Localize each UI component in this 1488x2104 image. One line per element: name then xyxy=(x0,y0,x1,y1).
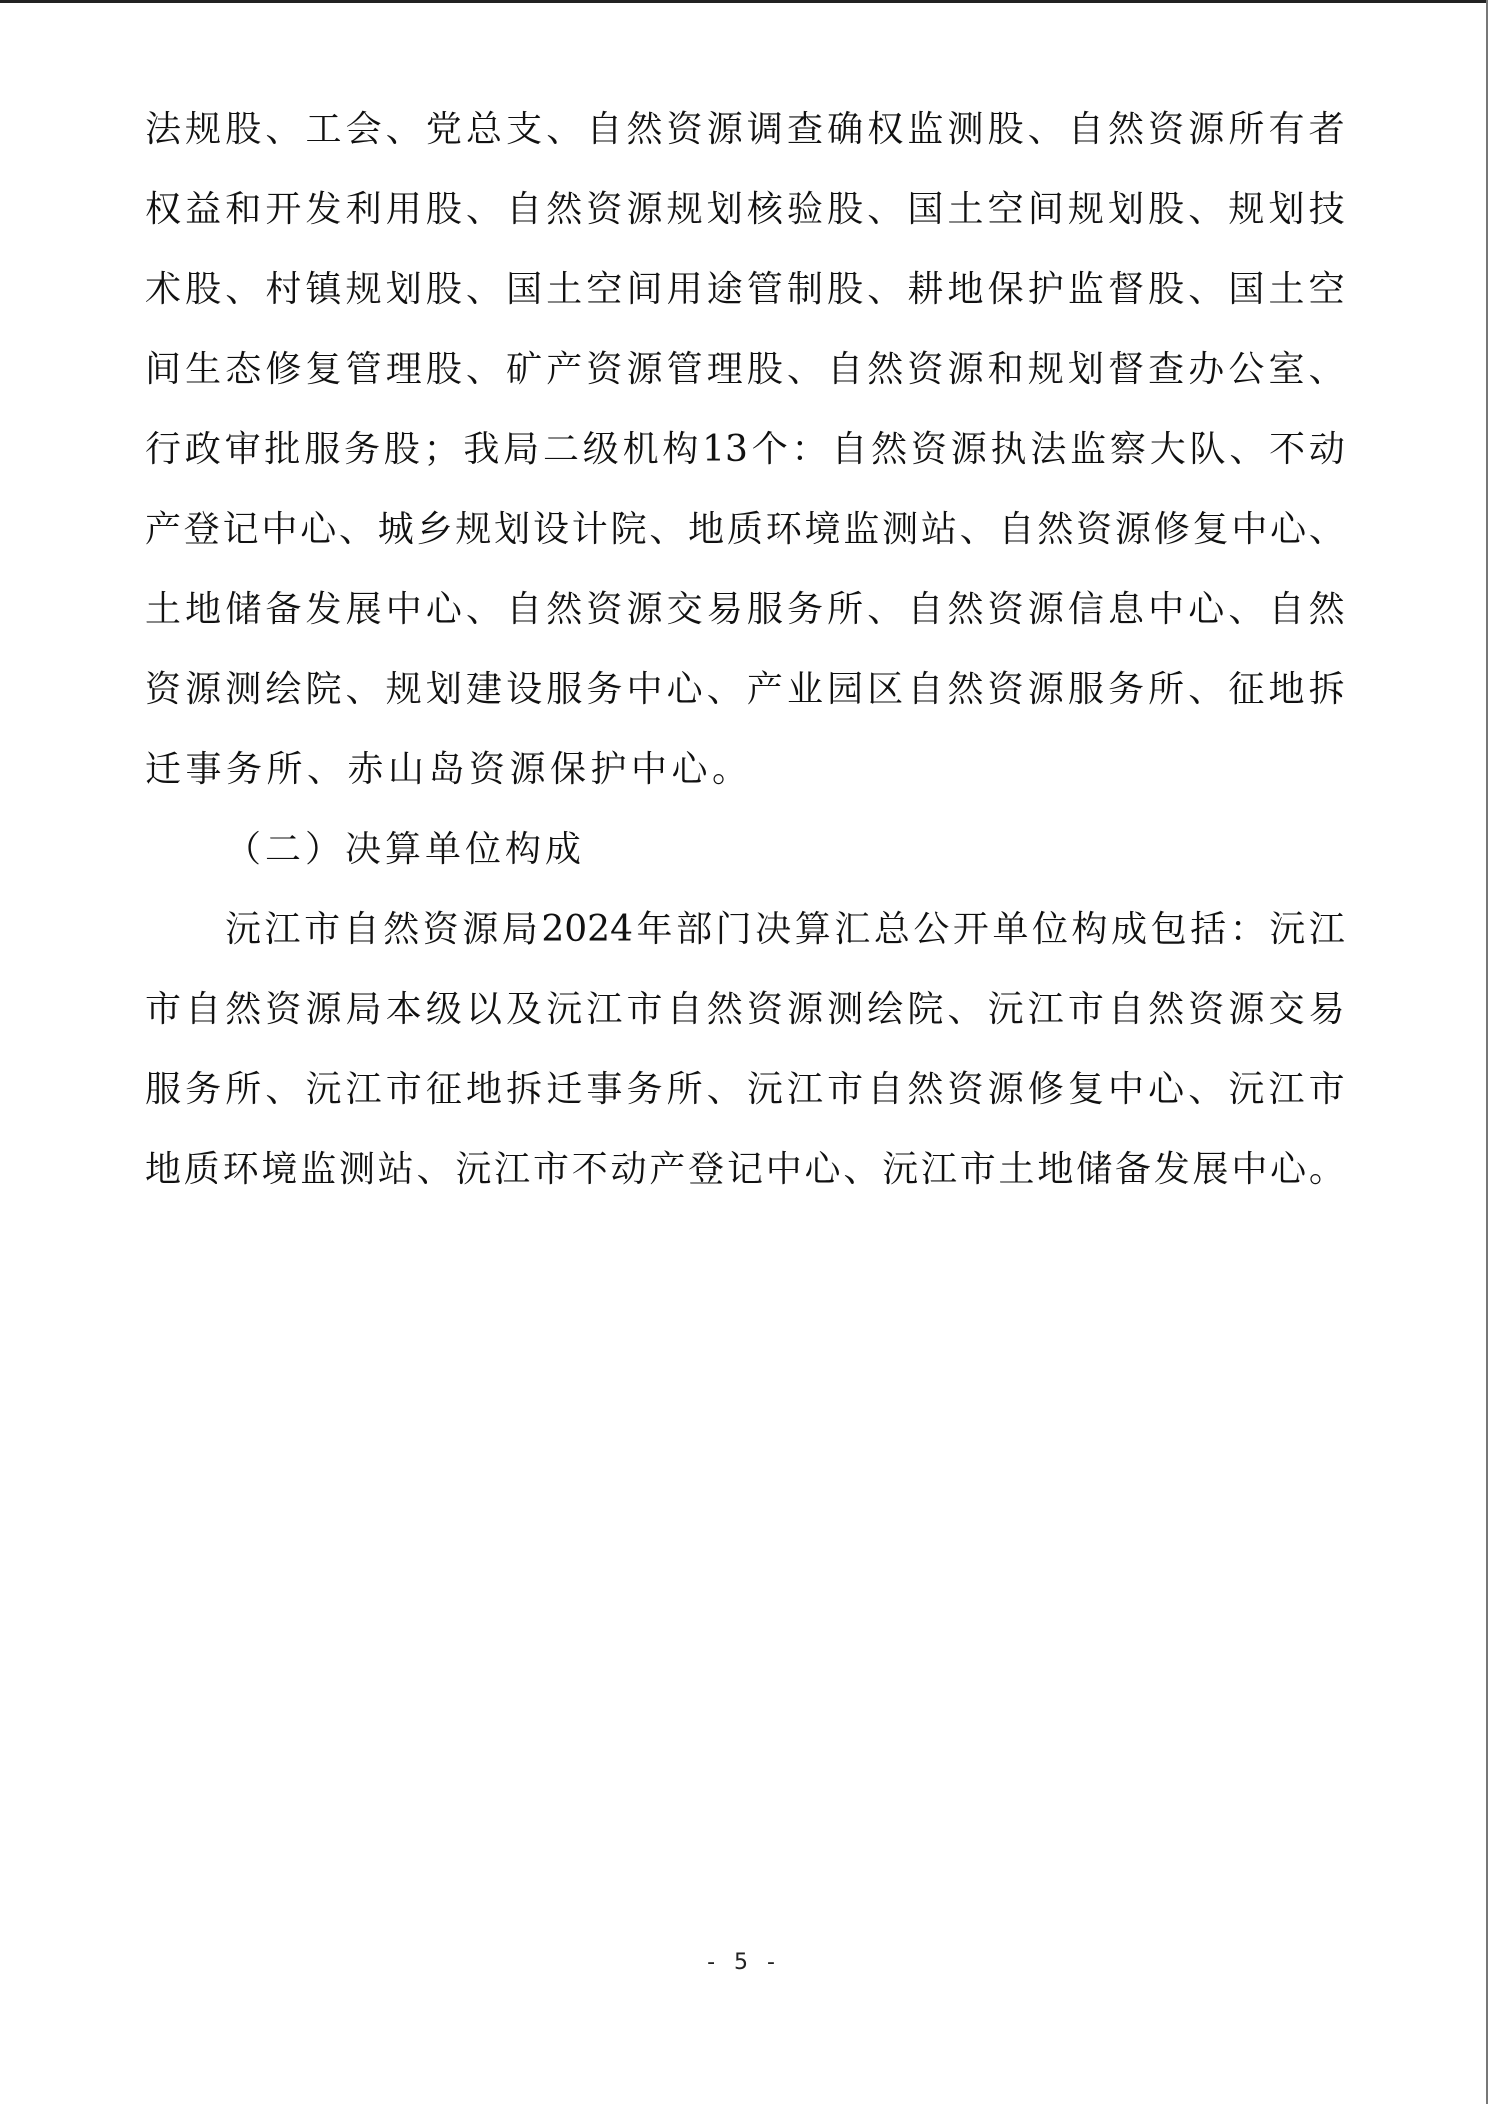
paragraph-line: 行政审批服务股；我局二级机构13个：自然资源执法监察大队、不动 xyxy=(145,420,1345,480)
paragraph-line: 产登记中心、城乡规划设计院、地质环境监测站、自然资源修复中心、 xyxy=(145,500,1345,560)
paragraph-line: 地质环境监测站、沅江市不动产登记中心、沅江市土地储备发展中心。 xyxy=(145,1140,1345,1200)
paragraph-line: 资源测绘院、规划建设服务中心、产业园区自然资源服务所、征地拆 xyxy=(145,660,1345,720)
section-heading: （二）决算单位构成 xyxy=(225,820,585,880)
paragraph-line: 术股、村镇规划股、国土空间用途管制股、耕地保护监督股、国土空 xyxy=(145,260,1345,320)
paragraph-line: 市自然资源局本级以及沅江市自然资源测绘院、沅江市自然资源交易 xyxy=(145,980,1345,1040)
paragraph-line: 权益和开发利用股、自然资源规划核验股、国土空间规划股、规划技 xyxy=(145,180,1345,240)
page-number: - 5 - xyxy=(0,1950,1488,1975)
paragraph-line: 间生态修复管理股、矿产资源管理股、自然资源和规划督查办公室、 xyxy=(145,340,1345,400)
paragraph-line: 迁事务所、赤山岛资源保护中心。 xyxy=(145,740,1345,800)
page-top-border xyxy=(0,0,1488,3)
paragraph-line: 服务所、沅江市征地拆迁事务所、沅江市自然资源修复中心、沅江市 xyxy=(145,1060,1345,1120)
paragraph-line: 法规股、工会、党总支、自然资源调查确权监测股、自然资源所有者 xyxy=(145,100,1345,160)
paragraph-line: 沅江市自然资源局2024年部门决算汇总公开单位构成包括：沅江 xyxy=(225,900,1345,960)
paragraph-line: 土地储备发展中心、自然资源交易服务所、自然资源信息中心、自然 xyxy=(145,580,1345,640)
